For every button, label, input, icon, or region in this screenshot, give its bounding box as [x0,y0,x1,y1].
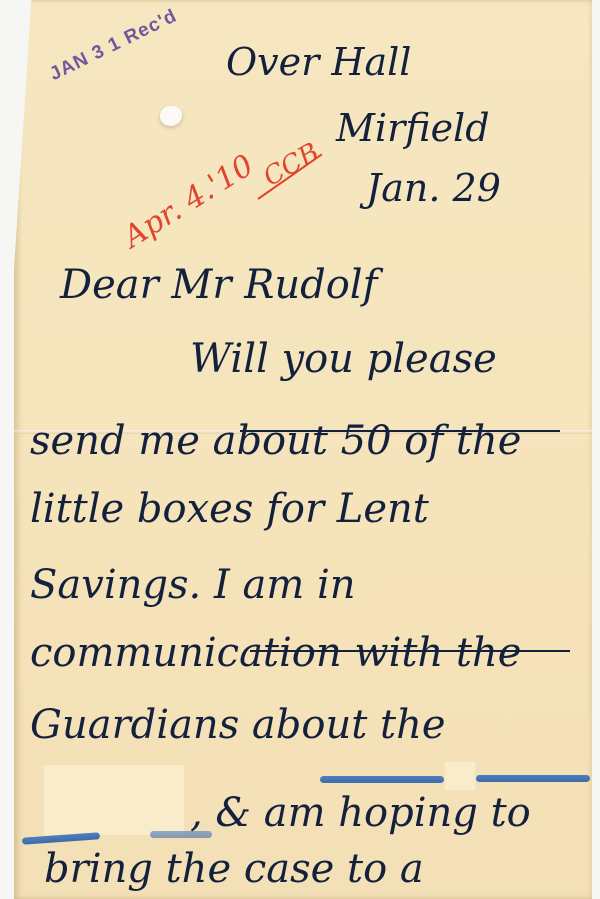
body-line-4: Savings. I am in [30,562,356,608]
body-line-3: little boxes for Lent [30,486,429,532]
redaction-block [44,765,184,835]
blue-pencil-mark [320,776,444,783]
scanned-letter: JAN 3 1 Rec'd Apr. 4.'10 CCB Over Hall M… [0,0,600,899]
body-line-5: communication with the [30,630,521,676]
address-line-2: Mirfield [336,106,490,150]
body-line-6: Guardians about the [30,702,446,748]
letter-date: Jan. 29 [366,166,501,210]
blue-pencil-mark [476,775,590,782]
pen-stroke [240,430,560,432]
salutation: Dear Mr Rudolf [60,262,377,308]
address-line-1: Over Hall [226,40,411,84]
body-line-1: Will you please [190,336,497,382]
pen-stroke [250,650,570,652]
body-line-7: , & am hoping to [190,790,531,836]
body-line-8: bring the case to a [44,846,424,892]
redaction-block [445,762,475,790]
body-line-2: send me about 50 of the [30,418,521,464]
blue-pencil-mark [150,831,212,838]
